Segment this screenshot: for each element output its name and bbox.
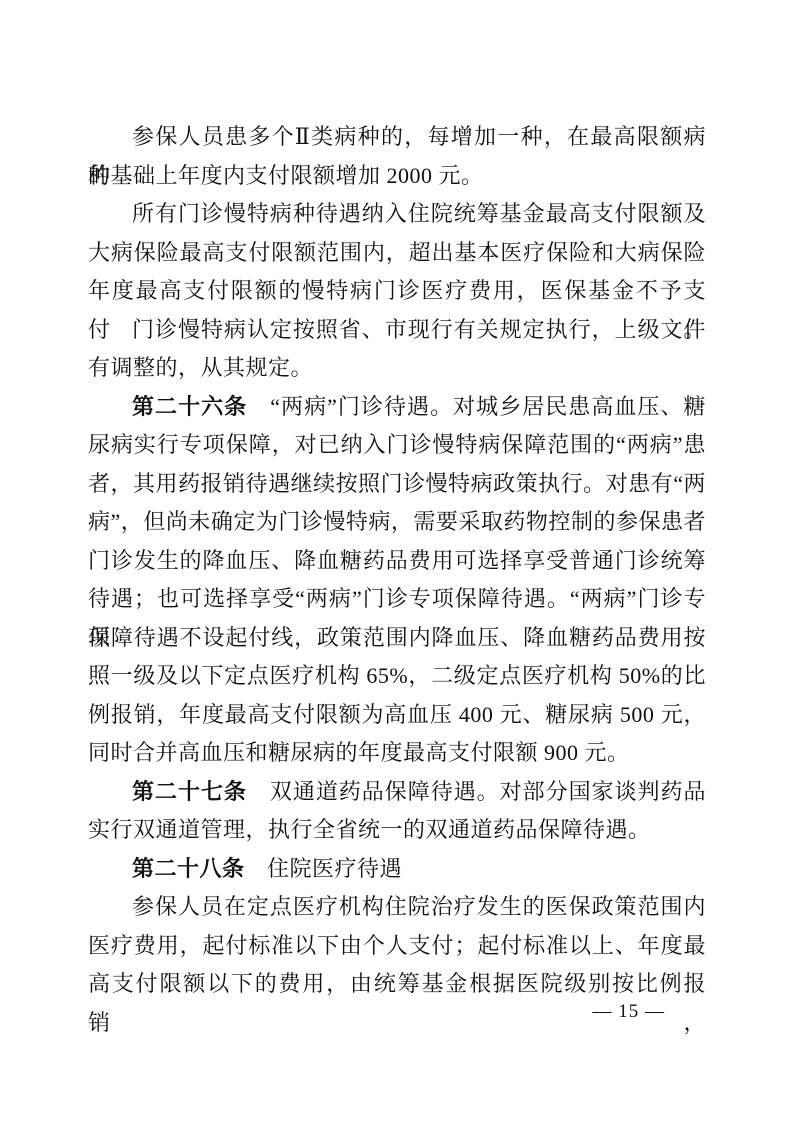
- line-text: 尿病实行专项保障，对已纳入门诊慢特病保障范围的“两病”患: [88, 432, 706, 457]
- article-27-line: 第二十七条 双通道药品保障待遇。对部分国家谈判药品: [88, 773, 706, 812]
- line-text: 参保人员在定点医疗机构住院治疗发生的医保政策范围内: [132, 894, 706, 919]
- body-line: 有调整的，从其规定。: [88, 349, 706, 388]
- body-line: 门诊慢特病认定按照省、市现行有关规定执行，上级文件: [88, 311, 706, 350]
- line-text: 照一级及以下定点医疗机构 65%，二级定点医疗机构 50%的比: [88, 663, 706, 688]
- document-page: 参保人员患多个Ⅱ类病种的，每增加一种，在最高限额病种 的基础上年度内支付限额增加…: [0, 0, 793, 1122]
- body-line: 尿病实行专项保障，对已纳入门诊慢特病保障范围的“两病”患: [88, 426, 706, 465]
- line-text: 门诊慢特病认定按照省、市现行有关规定执行，上级文件: [132, 317, 706, 342]
- body-line: 同时合并高血压和糖尿病的年度最高支付限额 900 元。: [88, 734, 706, 773]
- body-line: 参保人员在定点医疗机构住院治疗发生的医保政策范围内: [88, 888, 706, 927]
- line-text: 所有门诊慢特病种待遇纳入住院统筹基金最高支付限额及: [132, 201, 706, 226]
- body-line: 大病保险最高支付限额范围内，超出基本医疗保险和大病保险: [88, 234, 706, 273]
- line-text: 门诊发生的降血压、降血糖药品费用可选择享受普通门诊统筹: [88, 548, 706, 573]
- body-line: 年度最高支付限额的慢特病门诊医疗费用，医保基金不予支付。: [88, 272, 706, 311]
- body-line: 所有门诊慢特病种待遇纳入住院统筹基金最高支付限额及: [88, 195, 706, 234]
- line-text: 双通道药品保障待遇。对部分国家谈判药品: [247, 779, 706, 804]
- line-text: 有调整的，从其规定。: [88, 355, 313, 380]
- article-28-line: 第二十八条 住院医疗待遇: [88, 850, 706, 889]
- line-text: 的基础上年度内支付限额增加 2000 元。: [88, 163, 484, 188]
- body-line: 的基础上年度内支付限额增加 2000 元。: [88, 157, 706, 196]
- line-text: 例报销，年度最高支付限额为高血压 400 元、糖尿病 500 元，: [88, 702, 706, 727]
- body-line: 者，其用药报销待遇继续按照门诊慢特病政策执行。对患有“两: [88, 465, 706, 504]
- body-line: 医疗费用，起付标准以下由个人支付；起付标准以上、年度最: [88, 927, 706, 966]
- article-26-line: 第二十六条 “两病”门诊待遇。对城乡居民患高血压、糖: [88, 388, 706, 427]
- body-line: 病”，但尚未确定为门诊慢特病，需要采取药物控制的参保患者: [88, 503, 706, 542]
- line-text: 同时合并高血压和糖尿病的年度最高支付限额 900 元。: [88, 740, 630, 765]
- line-text: “两病”门诊待遇。对城乡居民患高血压、糖: [247, 394, 706, 419]
- body-line: 门诊发生的降血压、降血糖药品费用可选择享受普通门诊统筹: [88, 542, 706, 581]
- body-line: 待遇；也可选择享受“两病”门诊专项保障待遇。“两病”门诊专项: [88, 580, 706, 619]
- line-text: 住院医疗待遇: [245, 856, 403, 881]
- body-line: 照一级及以下定点医疗机构 65%，二级定点医疗机构 50%的比: [88, 657, 706, 696]
- line-text: 实行双通道管理，执行全省统一的双通道药品保障待遇。: [88, 817, 651, 842]
- page-number-footer: — 15 —: [593, 997, 666, 1027]
- document-body: 参保人员患多个Ⅱ类病种的，每增加一种，在最高限额病种 的基础上年度内支付限额增加…: [88, 118, 706, 1004]
- body-line: 例报销，年度最高支付限额为高血压 400 元、糖尿病 500 元，: [88, 696, 706, 735]
- article-26-heading: 第二十六条: [132, 394, 247, 419]
- line-text: 医疗费用，起付标准以下由个人支付；起付标准以上、年度最: [88, 933, 706, 958]
- line-text: 保障待遇不设起付线，政策范围内降血压、降血糖药品费用按: [88, 625, 706, 650]
- line-text: 大病保险最高支付限额范围内，超出基本医疗保险和大病保险: [88, 240, 706, 265]
- line-text: 者，其用药报销待遇继续按照门诊慢特病政策执行。对患有“两: [88, 471, 706, 496]
- body-line: 实行双通道管理，执行全省统一的双通道药品保障待遇。: [88, 811, 706, 850]
- line-text: 病”，但尚未确定为门诊慢特病，需要采取药物控制的参保患者: [88, 509, 706, 534]
- article-28-heading: 第二十八条: [132, 856, 245, 881]
- body-line: 参保人员患多个Ⅱ类病种的，每增加一种，在最高限额病种: [88, 118, 706, 157]
- article-27-heading: 第二十七条: [132, 779, 247, 804]
- body-line: 保障待遇不设起付线，政策范围内降血压、降血糖药品费用按: [88, 619, 706, 658]
